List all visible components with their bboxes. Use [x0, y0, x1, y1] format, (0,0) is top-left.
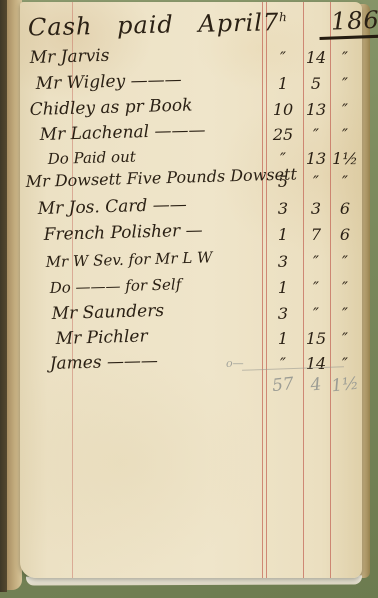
amount-shillings: 14: [304, 47, 328, 69]
payee-name: Mr Jarvis: [29, 45, 109, 69]
amount-shillings: 14: [304, 353, 328, 375]
title-cash-paid: Cash paid: [28, 10, 174, 41]
ledger-row: Mr W Sev. for Mr L W 3 ″ ″: [20, 251, 362, 275]
amount-shillings: 13: [304, 148, 328, 170]
amount-pounds: 5: [265, 171, 301, 193]
amount-pence: ″: [331, 353, 359, 375]
title-day: 7: [263, 8, 280, 36]
payee-name: Do ——— for Self: [49, 273, 181, 299]
book-spine: [0, 0, 7, 592]
ledger-row: Mr Pichler 1 15 ″: [20, 328, 362, 352]
amount-pounds: 3: [265, 303, 301, 325]
amount-pounds: 10: [265, 99, 301, 121]
amount-shillings: ″: [304, 124, 328, 146]
payee-name: French Polisher —: [43, 220, 202, 246]
scanned-ledger-photo: Cash paid April7h 1869 Mr Jarvis ″ 14 ″ …: [0, 0, 378, 598]
amount-shillings: 5: [304, 73, 328, 95]
payee-name: Mr W Sev. for Mr L W: [45, 246, 212, 273]
amount-shillings: ″: [304, 303, 328, 325]
amount-pence: ″: [331, 99, 359, 121]
title-day-suffix: h: [279, 10, 288, 24]
payee-name: Mr Pichler: [55, 325, 147, 350]
ledger-row: Mr Saunders 3 ″ ″: [20, 303, 362, 327]
amount-pence: 6: [331, 198, 359, 220]
ledger-row: French Polisher — 1 7 6: [20, 224, 362, 248]
amount-pence: ″: [331, 251, 359, 273]
payee-name: Mr Lachenal ———: [39, 119, 205, 146]
total-pounds: 57: [264, 372, 302, 398]
ledger-row: Mr Jarvis ″ 14 ″: [20, 47, 362, 71]
amount-pounds: 1: [265, 73, 301, 95]
amount-pounds: 1: [265, 224, 301, 246]
amount-pounds: 1: [265, 328, 301, 350]
ledger-page: Cash paid April7h 1869 Mr Jarvis ″ 14 ″ …: [20, 2, 362, 578]
amount-pence: 1½: [331, 148, 359, 170]
amount-pounds: 3: [265, 251, 301, 273]
amount-shillings: ″: [304, 251, 328, 273]
amount-pence: ″: [331, 171, 359, 193]
amount-pounds: 25: [265, 124, 301, 146]
amount-shillings: 7: [304, 224, 328, 246]
page-title: Cash paid April7h 1869: [28, 7, 359, 46]
ledger-row: Mr Dowsett Five Pounds Dowsett 5 ″ ″: [20, 171, 362, 195]
amount-shillings: ″: [304, 171, 328, 193]
ledger-row: Mr Wigley ——— 1 5 ″: [20, 73, 362, 97]
payee-name: James ———: [49, 350, 158, 375]
title-year: 1869: [318, 5, 378, 40]
amount-pence: ″: [331, 277, 359, 299]
amount-shillings: ″: [304, 277, 328, 299]
ledger-row: Mr Jos. Card —— 3 3 6: [20, 198, 362, 222]
pencil-tick-mark: o—: [226, 357, 244, 370]
payee-name: Chidley as pr Book: [29, 94, 192, 121]
amount-pence: ″: [331, 124, 359, 146]
payee-name: Do Paid out: [47, 146, 136, 170]
payee-name: Mr Wigley ———: [35, 69, 181, 95]
amount-shillings: 15: [304, 328, 328, 350]
amount-pounds: ″: [265, 47, 301, 69]
amount-pounds: 3: [265, 198, 301, 220]
ledger-row: Do ——— for Self 1 ″ ″: [20, 277, 362, 301]
amount-pence: ″: [331, 47, 359, 69]
total-shillings: 4: [303, 373, 329, 397]
payee-name: Mr Jos. Card ——: [37, 194, 187, 220]
amount-shillings: 13: [304, 99, 328, 121]
title-month: April: [198, 9, 263, 38]
payee-name: Mr Saunders: [51, 300, 164, 325]
pencil-total-row: 57 4 1½: [20, 374, 362, 398]
amount-shillings: 3: [304, 198, 328, 220]
amount-pence: 6: [331, 224, 359, 246]
amount-pounds: 1: [265, 277, 301, 299]
amount-pence: ″: [331, 328, 359, 350]
ledger-row: Mr Lachenal ——— 25 ″ ″: [20, 124, 362, 148]
amount-pence: ″: [331, 73, 359, 95]
total-pence: 1½: [330, 373, 360, 398]
amount-pence: ″: [331, 303, 359, 325]
